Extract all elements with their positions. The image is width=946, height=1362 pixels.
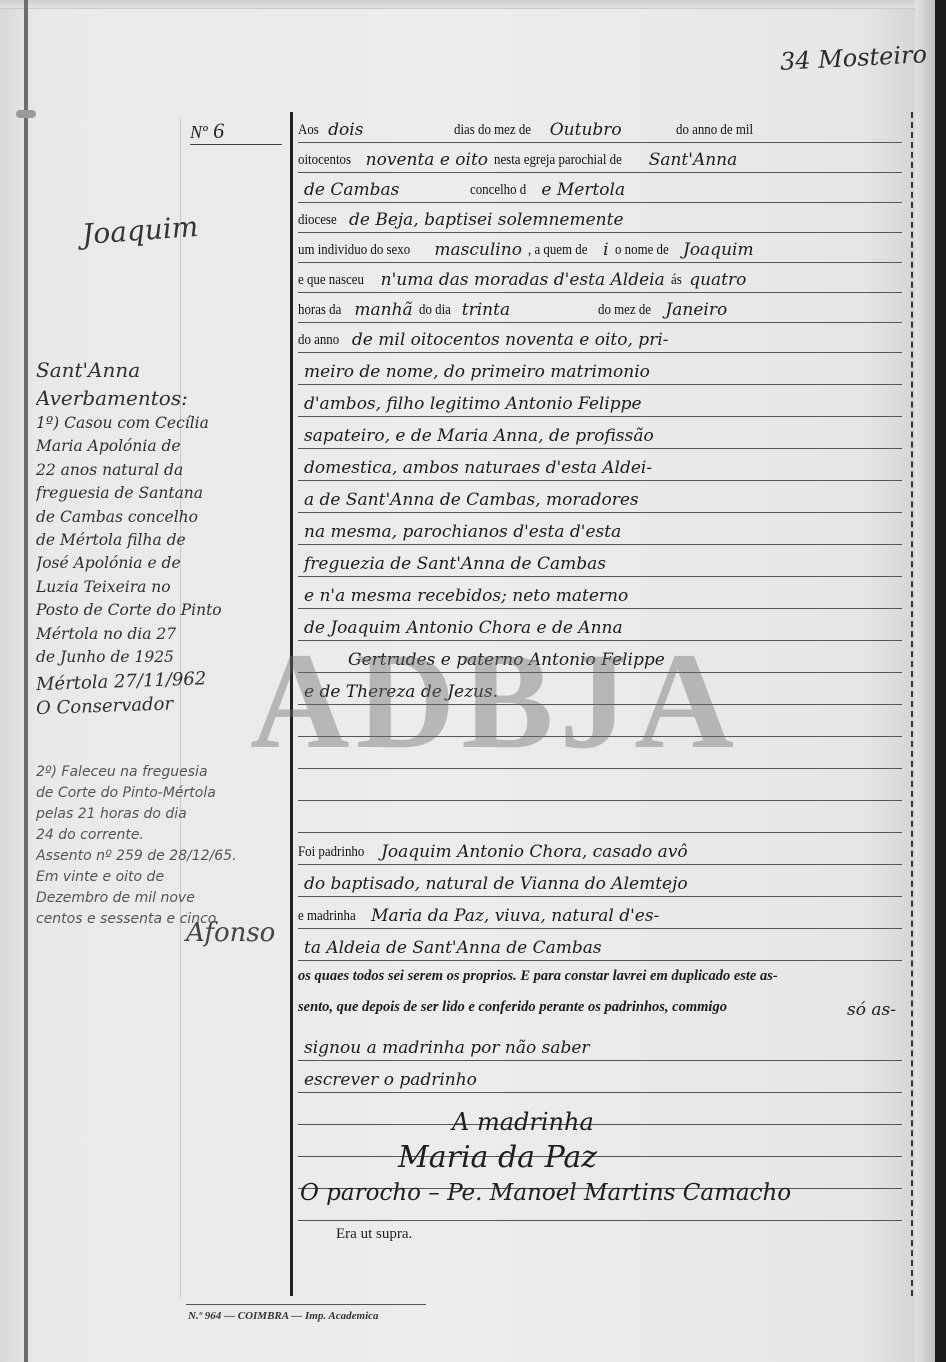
record-line-15: freguezia de Sant'Anna de Cambas (298, 546, 902, 577)
handwritten-godfather: Joaquim Antonio Chora, casado avô (375, 842, 694, 865)
printed-text: nesta egreja parochial de (494, 152, 622, 172)
handwritten-parish-cont: de Cambas (298, 180, 470, 203)
printed-text: , a quem de (528, 242, 587, 262)
handwritten-text: sapateiro, e de Maria Anna, de profissão (298, 426, 660, 449)
handwritten-text: escrever o padrinho (298, 1070, 483, 1093)
note-line: Maria Apolónia de (36, 435, 276, 458)
record-line-5: um individuo do sexo masculino , a quem … (298, 232, 902, 263)
record-line-26: ta Aldeia de Sant'Anna de Cambas (298, 930, 902, 961)
godmother-label: A madrinha (452, 1108, 594, 1136)
note-line: Em vinte e oito de (36, 867, 292, 888)
priest-signature: O parocho – Pe. Manoel Martins Camacho (300, 1180, 791, 1206)
printed-text: dias do mez de (454, 122, 531, 142)
printed-text: do anno (298, 332, 339, 352)
note-line: 2º) Faleceu na freguesia (36, 762, 292, 783)
page-right-edge (915, 0, 935, 1362)
handwritten-text: d'ambos, filho legitimo Antonio Felippe (298, 394, 648, 417)
record-line-16: e n'a mesma recebidos; neto materno (298, 578, 902, 609)
margin-signature: Afonso (186, 918, 275, 948)
handwritten-birth-year: de mil oitocentos noventa e oito, pri- (346, 330, 675, 353)
handwritten-text: freguezia de Sant'Anna de Cambas (298, 554, 612, 577)
note-line: 24 do corrente. (36, 825, 292, 846)
record-line-6: e que nasceu n'uma das moradas d'esta Al… (298, 262, 902, 293)
handwritten-sex: masculino (428, 240, 528, 263)
handwritten-day: dois (322, 120, 454, 143)
handwritten-text: meiro de nome, do primeiro matrimonio (298, 362, 656, 385)
handwritten-given: i (597, 240, 614, 263)
handwritten-text: de Joaquim Antonio Chora e de Anna (298, 618, 629, 641)
record-line-24: do baptisado, natural de Vianna do Alemt… (298, 866, 902, 897)
record-line-21 (298, 738, 902, 769)
handwritten-month: Outubro (544, 120, 676, 143)
godmother-signature: Maria da Paz (398, 1140, 597, 1175)
record-line-31 (298, 1094, 902, 1125)
record-line-20 (298, 706, 902, 737)
printed-text: um individuo do sexo (298, 242, 410, 262)
record-line-9: meiro de nome, do primeiro matrimonio (298, 354, 902, 385)
printed-text: do mez de (598, 302, 651, 322)
entry-number-value: 6 (213, 118, 224, 143)
record-line-28: sento, que depois de ser lido e conferid… (298, 992, 902, 1022)
printed-text: o nome de (615, 242, 669, 262)
printed-closing-2: sento, que depois de ser lido e conferid… (298, 999, 833, 1022)
note-line: 1º) Casou com Cecília (36, 412, 276, 435)
handwritten-child-name: Joaquim (677, 240, 760, 263)
handwritten-diocese: de Beja, baptisei solemnemente (343, 210, 630, 233)
binding-thread (24, 0, 28, 1362)
record-line-8: do anno de mil oitocentos noventa e oito… (298, 322, 902, 353)
record-line-1: Aos dois dias do mez de Outubro do anno … (298, 112, 902, 143)
note-line: Assento nº 259 de 28/12/65. (36, 846, 292, 867)
record-line-19: e de Thereza de Jezus. (298, 674, 902, 705)
record-line-32 (298, 1126, 902, 1157)
printed-text: do dia (419, 302, 451, 322)
note-line: José Apolónia e de (36, 552, 276, 575)
handwritten-text: do baptisado, natural de Vianna do Alemt… (298, 874, 694, 897)
handwritten-godmother: Maria da Paz, viuva, natural d'es- (365, 906, 665, 929)
note-line: Dezembro de mil nove (36, 888, 292, 909)
note-line: de Corte do Pinto-Mértola (36, 783, 292, 804)
printed-text: ás (671, 272, 682, 292)
record-line-18: Gertrudes e paterno Antonio Felippe (298, 642, 902, 673)
handwritten-year: noventa e oito (360, 150, 494, 173)
footer-rule (186, 1304, 426, 1305)
binding-knot (16, 110, 36, 118)
record-line-11: sapateiro, e de Maria Anna, de profissão (298, 418, 902, 449)
handwritten-text: e de Thereza de Jezus. (298, 682, 504, 705)
record-line-25: e madrinha Maria da Paz, viuva, natural … (298, 898, 902, 929)
record-line-22 (298, 770, 902, 801)
register-page: 34 Mosteiro Nº 6 Joaquim Sant'Anna Averb… (0, 0, 935, 1362)
printed-text: Aos (298, 122, 319, 142)
entry-number: Nº 6 (190, 118, 282, 145)
printed-text: Foi padrinho (298, 844, 364, 864)
record-line-23: Foi padrinho Joaquim Antonio Chora, casa… (298, 834, 902, 865)
printed-text: oitocentos (298, 152, 351, 172)
handwritten-text: domestica, ambos naturaes d'esta Aldei- (298, 458, 658, 481)
record-line-10: d'ambos, filho legitimo Antonio Felippe (298, 386, 902, 417)
note-line: de Mértola filha de (36, 529, 276, 552)
printed-text: do anno de mil (676, 122, 753, 142)
printed-text: diocese (298, 212, 337, 232)
era-ut-supra: Era ut supra. (336, 1226, 412, 1243)
entry-number-label: Nº (190, 122, 208, 142)
margin-annotation-1: Sant'Anna Averbamentos: 1º) Casou com Ce… (36, 356, 276, 716)
handwritten-council: e Mertola (535, 180, 631, 203)
handwritten-text: a de Sant'Anna de Cambas, moradores (298, 490, 645, 513)
note-line: Posto de Corte do Pinto (36, 599, 276, 622)
handwritten-birth-day: trinta (456, 300, 598, 323)
handwritten-birthplace: n'uma das moradas d'esta Aldeia (375, 270, 671, 293)
handwritten-period: manhã (348, 300, 418, 323)
record-line-blank (298, 802, 902, 833)
record-line-7: horas da manhã do dia trinta do mez de J… (298, 292, 902, 323)
record-line-13: a de Sant'Anna de Cambas, moradores (298, 482, 902, 513)
page-top-edge (0, 0, 935, 9)
record-line-2: oitocentos noventa e oito nesta egreja p… (298, 142, 902, 173)
margin-title-line: Sant'Anna (36, 356, 276, 384)
record-line-17: de Joaquim Antonio Chora e de Anna (298, 610, 902, 641)
folio-number: 34 Mosteiro (779, 40, 927, 76)
handwritten-text: e n'a mesma recebidos; neto materno (298, 586, 634, 609)
note-line: 22 anos natural da (36, 459, 276, 482)
record-line-29: signou a madrinha por não saber (298, 1030, 902, 1061)
record-line-12: domestica, ambos naturaes d'esta Aldei- (298, 450, 902, 481)
margin-child-name: Joaquim (81, 210, 199, 251)
printer-imprint: N.º 964 — COIMBRA — Imp. Academica (188, 1310, 379, 1322)
printed-text: horas da (298, 302, 341, 322)
record-line-30: escrever o padrinho (298, 1062, 902, 1093)
printed-text: concelho d (470, 182, 526, 202)
record-line-3: de Cambas concelho d e Mertola (298, 172, 902, 203)
handwritten-text: ta Aldeia de Sant'Anna de Cambas (298, 938, 608, 961)
handwritten-hour: quatro (683, 270, 752, 293)
printed-closing-1: os quaes todos sei serem os proprios. E … (298, 968, 902, 985)
note-line: de Cambas concelho (36, 506, 276, 529)
note-line: Mértola no dia 27 (36, 623, 276, 646)
handwritten-text: só as- (841, 1000, 902, 1022)
note-line: pelas 21 horas do dia (36, 804, 292, 825)
note-line: freguesia de Santana (36, 482, 276, 505)
handwritten-birth-month: Janeiro (659, 300, 733, 323)
margin-annotation-2: 2º) Faleceu na freguesia de Corte do Pin… (36, 762, 292, 930)
record-line-4: diocese de Beja, baptisei solemnemente (298, 202, 902, 233)
record-line-14: na mesma, parochianos d'esta d'esta (298, 514, 902, 545)
handwritten-text: signou a madrinha por não saber (298, 1038, 596, 1061)
note-line: Luzia Teixeira no (36, 576, 276, 599)
printed-text: e que nasceu (298, 272, 364, 292)
printed-text: e madrinha (298, 908, 356, 928)
handwritten-text: na mesma, parochianos d'esta d'esta (298, 522, 627, 545)
margin-title-line: Averbamentos: (36, 384, 276, 412)
handwritten-parish: Sant'Anna (643, 150, 744, 173)
handwritten-text: Gertrudes e paterno Antonio Felippe (298, 650, 671, 673)
